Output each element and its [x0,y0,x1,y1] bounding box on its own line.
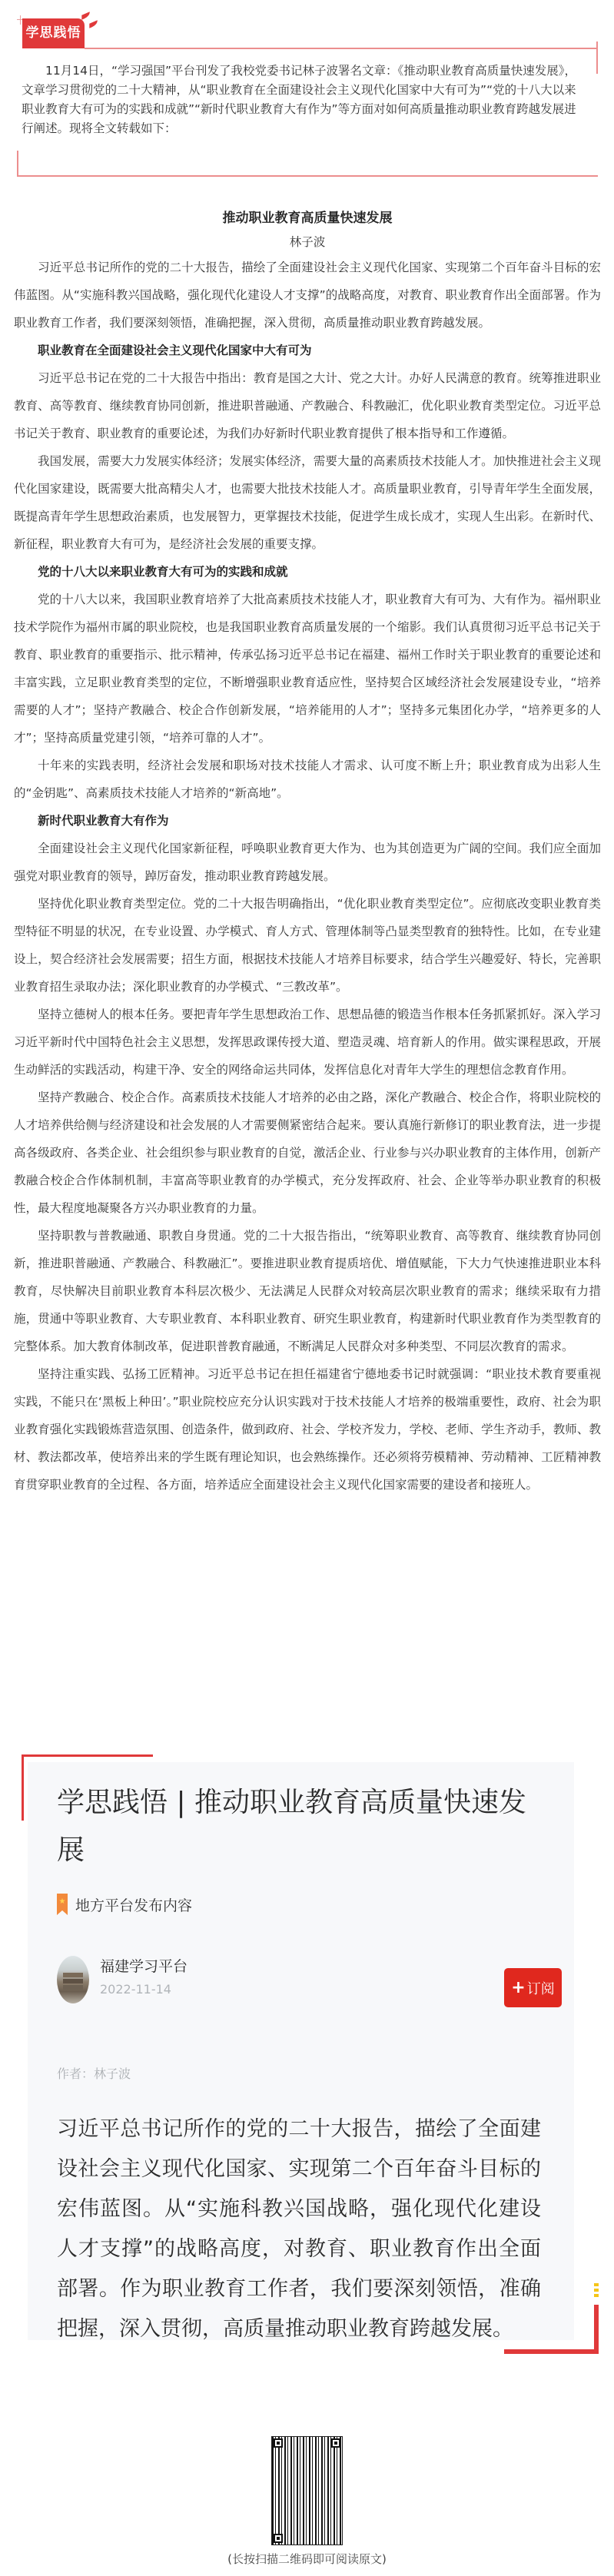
section-badge: 学思践悟 [22,18,85,48]
publish-date: 2022-11-14 [100,1980,171,1999]
source-tag: 地方平台发布内容 [57,1893,192,1916]
paragraph: 我国发展，需要大力发展实体经济；发展实体经济，需要大量的高素质技术技能人才。加快… [14,447,601,558]
qr-section: (长按扫描二维码即可阅读原文) [0,2436,614,2568]
section-heading: 新时代职业教育大有作为 [14,807,601,835]
qr-finder [274,2438,283,2448]
qr-caption: (长按扫描二维码即可阅读原文) [0,2550,614,2568]
publisher-row: 福建学习平台 2022-11-14 + 订阅 [57,1954,549,2008]
article-title: 推动职业教育高质量快速发展 [14,206,601,231]
paragraph: 坚持产教融合、校企合作。高素质技术技能人才培养的必由之路，深化产教融合、校企合作… [14,1084,601,1222]
qr-finder [274,2534,283,2543]
card-author: 作者：林子波 [57,2064,131,2082]
plus-icon: + [511,1978,525,1997]
bird-decoration-icon [89,20,97,28]
divider [85,48,598,49]
qr-finder [331,2438,340,2448]
corner-tick [20,15,21,25]
source-card[interactable]: 学思践悟 | 推动职业教育高质量快速发展 地方平台发布内容 福建学习平台 202… [22,1754,599,2354]
paragraph: 坚持注重实践、弘扬工匠精神。习近平总书记在担任福建省宁德地委书记时就强调：“职业… [14,1360,601,1499]
paragraph: 十年来的实践表明，经济社会发展和职场对技术技能人才需求、认可度不断上升；职业教育… [14,752,601,807]
corner-frame [22,1754,24,1821]
publisher-name[interactable]: 福建学习平台 [100,1956,188,1977]
paragraph: 坚持立德树人的根本任务。要把青年学生思想政治工作、思想品德的锻造当作根本任务抓紧… [14,1001,601,1084]
subscribe-button[interactable]: + 订阅 [504,1968,562,2007]
source-label: 地方平台发布内容 [75,1894,192,1915]
paragraph: 习近平总书记所作的党的二十大报告，描绘了全面建设社会主义现代化国家、实现第二个百… [14,254,601,337]
corner-frame [504,2349,599,2354]
article: 推动职业教育高质量快速发展 林子波 习近平总书记所作的党的二十大报告，描绘了全面… [14,206,601,1499]
divider [17,151,18,177]
divider [17,175,598,177]
qr-code-icon[interactable] [271,2436,343,2545]
paragraph: 坚持优化职业教育类型定位。党的二十大报告明确指出，“优化职业教育类型定位”。应彻… [14,890,601,1001]
card-title: 学思践悟 | 推动职业教育高质量快速发展 [57,1779,533,1874]
bookmark-star-icon [57,1894,68,1915]
paragraph: 党的十八大以来，我国职业教育培养了大批高素质技术技能人才，职业教育大有可为、大有… [14,586,601,752]
corner-stripes [594,2283,599,2299]
divider [596,41,598,74]
paragraph: 习近平总书记在党的二十大报告中指出：教育是国之大计、党之大计。办好人民满意的教育… [14,364,601,447]
section-heading: 职业教育在全面建设社会主义现代化国家中大有可为 [14,337,601,364]
card-body: 习近平总书记所作的党的二十大报告，描绘了全面建设社会主义现代化国家、实现第二个百… [57,2110,541,2349]
paragraph: 全面建设社会主义现代化国家新征程，呼唤职业教育更大作为、也为其创造更为广阔的空间… [14,835,601,890]
publisher-avatar[interactable] [57,1956,89,2003]
subscribe-label: 订阅 [527,1978,555,1998]
corner-frame [594,2305,599,2354]
article-author: 林子波 [14,231,601,254]
paragraph: 坚持职教与普教融通、职教自身贯通。党的二十大报告指出，“统筹职业教育、高等教育、… [14,1222,601,1360]
intro-box: 学思践悟 11月14日，“学习强国”平台刊发了我校党委书记林子波署名文章：《推动… [17,6,598,177]
bird-decoration-icon [81,12,89,20]
corner-frame [22,1754,153,1757]
section-heading: 党的十八大以来职业教育大有可为的实践和成就 [14,558,601,586]
intro-text: 11月14日，“学习强国”平台刊发了我校党委书记林子波署名文章：《推动职业教育高… [22,61,586,138]
